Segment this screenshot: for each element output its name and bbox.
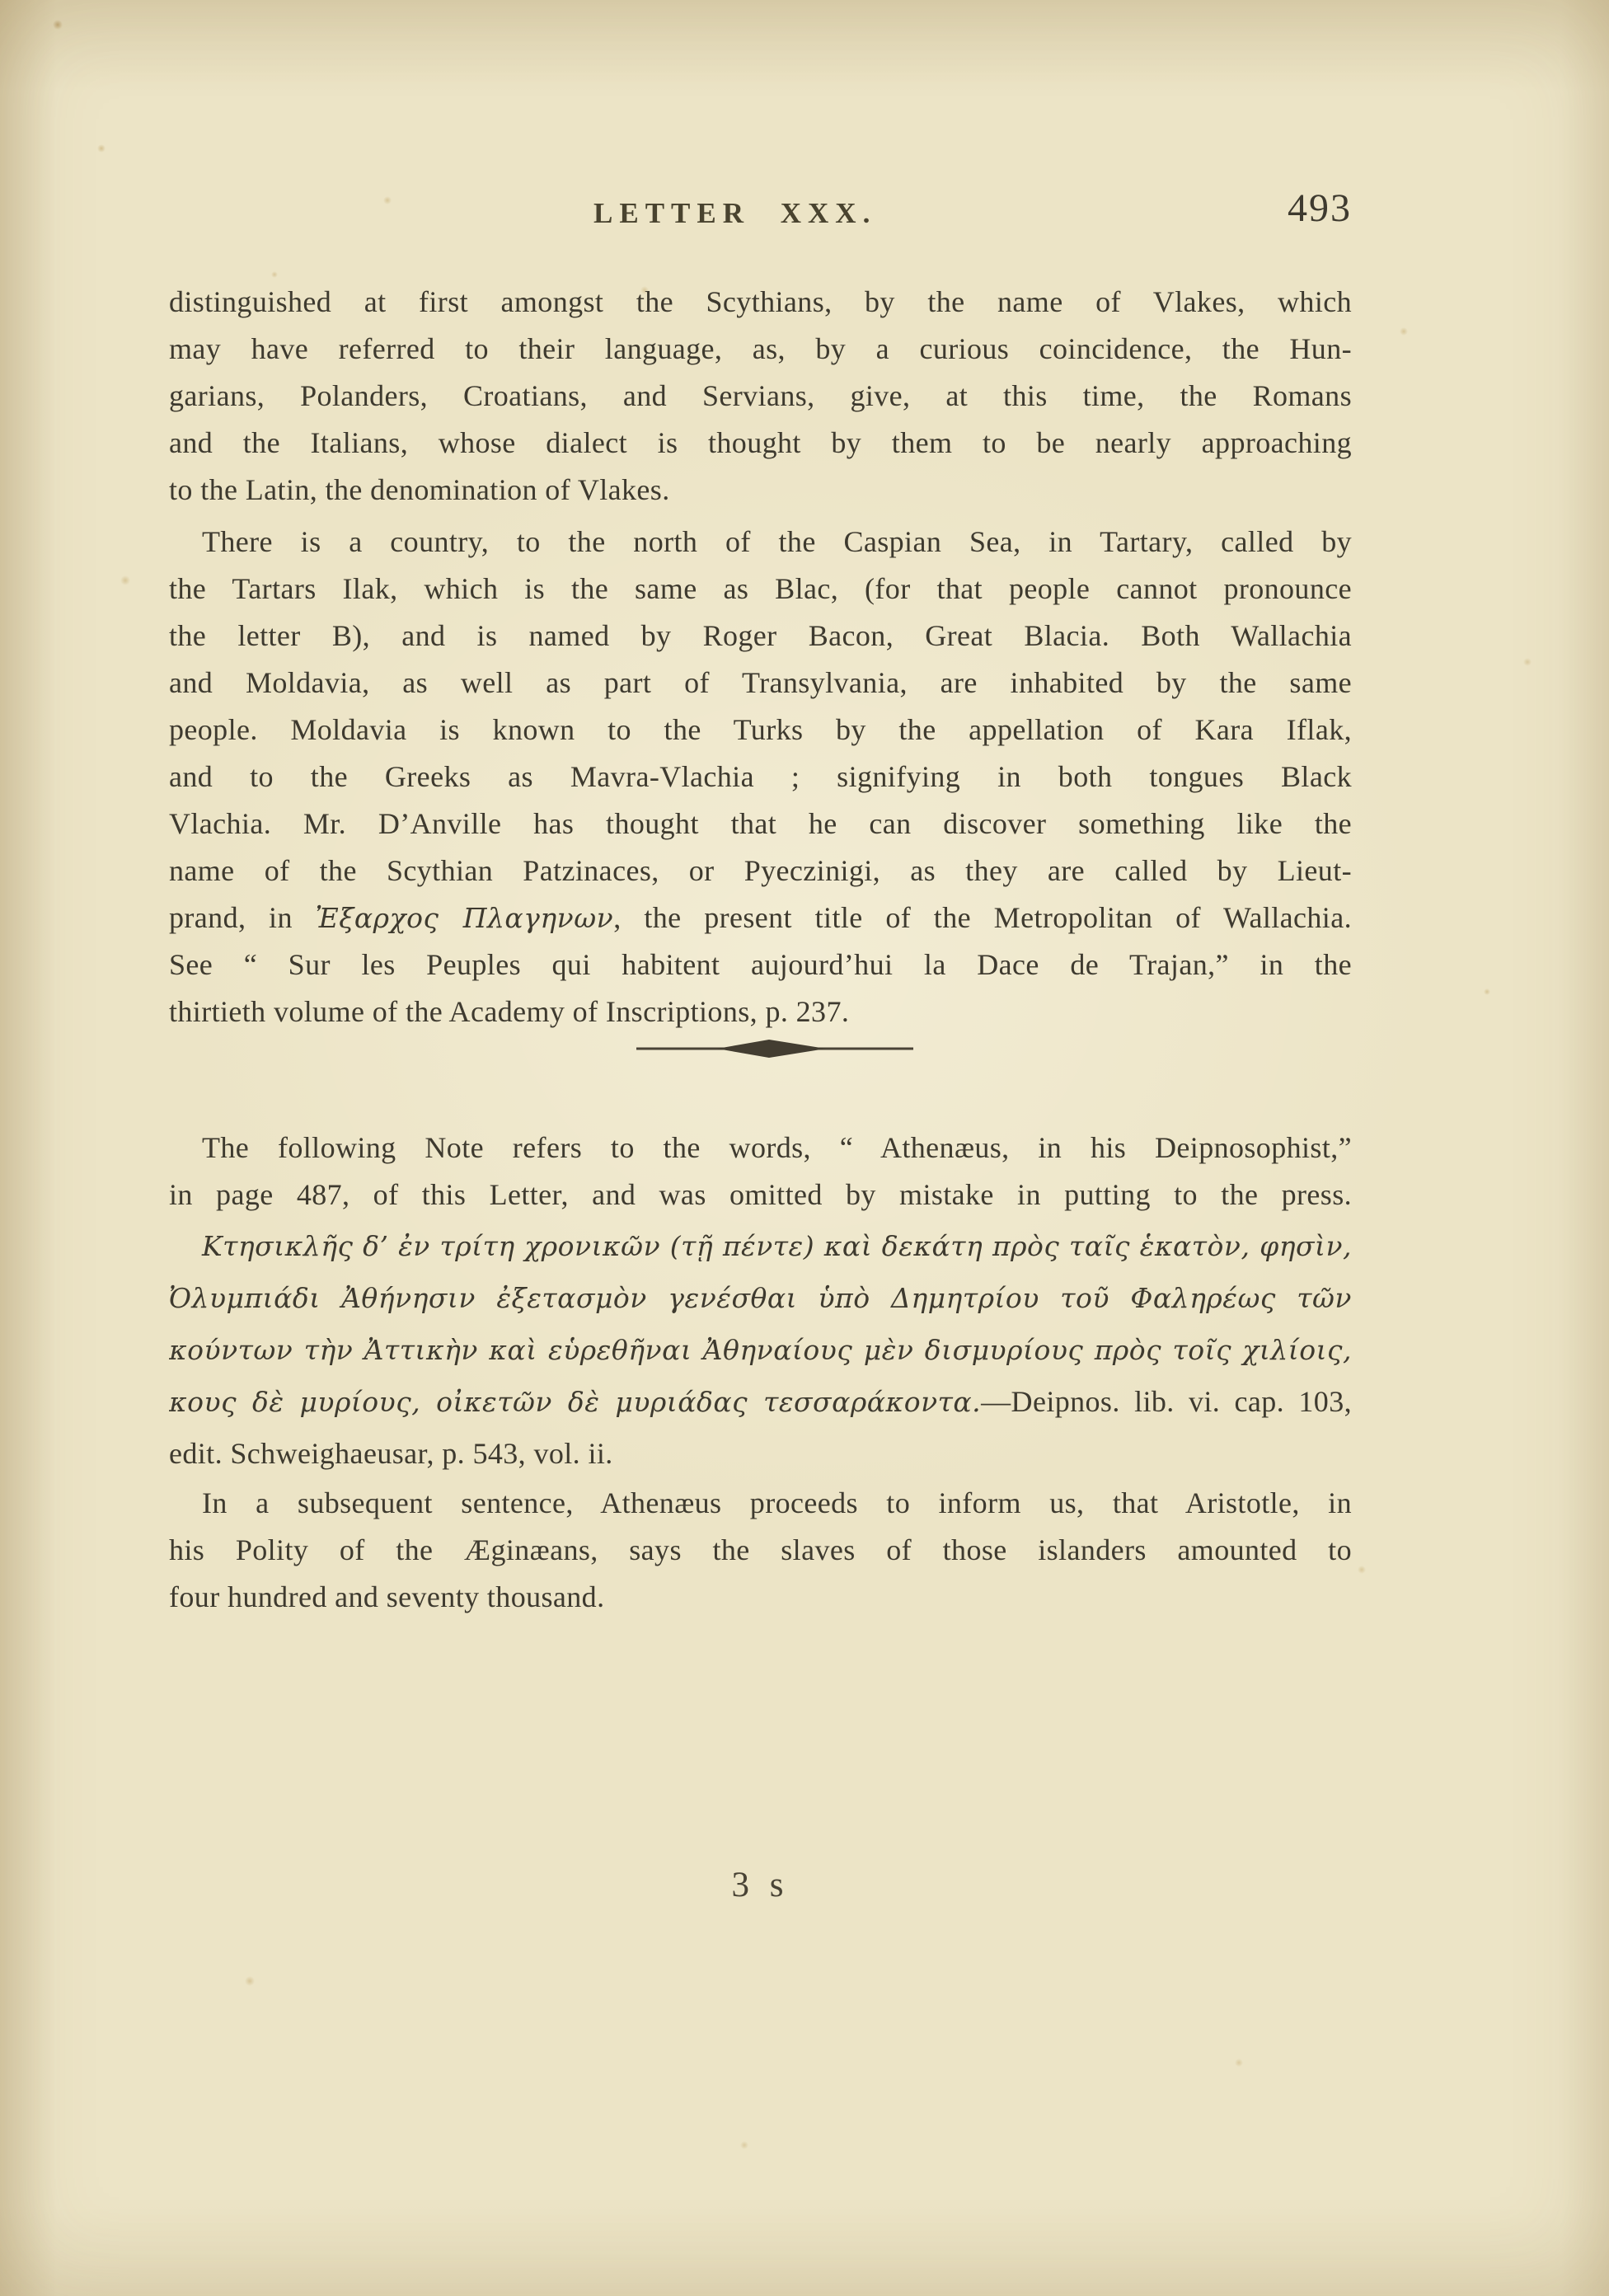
text-segment: —Deipnos. lib. vi. cap. 103, xyxy=(981,1385,1352,1418)
text-line: the letter B), and is named by Roger Bac… xyxy=(169,613,1352,660)
text-line: The following Note refers to the words, … xyxy=(169,1125,1352,1171)
text-line: to the Latin, the denomination of Vlakes… xyxy=(169,467,1352,514)
text-line: and Moldavia, as well as part of Transyl… xyxy=(169,660,1352,707)
paragraph-p1: distinguished at first amongst the Scyth… xyxy=(169,279,1352,514)
paragraph-p2: There is a country, to the north of the … xyxy=(169,519,1352,1035)
text-line: garians, Polanders, Croatians, and Servi… xyxy=(169,373,1352,420)
text-line: four hundred and seventy thousand. xyxy=(169,1574,1352,1621)
page-number: 493 xyxy=(1288,185,1352,231)
running-head: LETTER XXX. 493 xyxy=(169,192,1352,250)
text-line: in page 487, of this Letter, and was omi… xyxy=(169,1171,1352,1218)
text-line: and to the Greeks as Mavra-Vlachia ; sig… xyxy=(169,754,1352,801)
text-line: κους δὲ μυρίους, οἰκετῶν δὲ μυριάδας τεσ… xyxy=(169,1376,1352,1428)
text-line: thirtieth volume of the Academy of Inscr… xyxy=(169,988,1352,1035)
book-page-scan: LETTER XXX. 493 distinguished at first a… xyxy=(0,0,1609,2296)
text-segment: prand, in xyxy=(169,901,316,934)
text-line: See “ Sur les Peuples qui habitent aujou… xyxy=(169,941,1352,988)
text-line: Κτησικλῆς δ’ ἐν τρίτη χρονικῶν (τῇ πέντε… xyxy=(169,1220,1352,1272)
section-divider-rule xyxy=(635,1032,915,1065)
text-line: There is a country, to the north of the … xyxy=(169,519,1352,566)
greek-text-segment: κους δὲ μυρίους, οἰκετῶν δὲ μυριάδας τεσ… xyxy=(169,1386,981,1418)
text-line: the Tartars Ilak, which is the same as B… xyxy=(169,566,1352,613)
text-line: distinguished at first amongst the Scyth… xyxy=(169,279,1352,326)
printer-signature-mark: 3 s xyxy=(169,1865,1352,1905)
text-line: Ὀλυμπιάδι Ἀθήνησιν ἐξετασμὸν γενέσθαι ὑπ… xyxy=(169,1272,1352,1324)
paragraph-p3: The following Note refers to the words, … xyxy=(169,1125,1352,1218)
text-line: κούντων τὴν Ἀττικὴν καὶ εὑρεθῆναι Ἀθηναί… xyxy=(169,1324,1352,1376)
text-line: his Polity of the Æginæans, says the sla… xyxy=(169,1527,1352,1574)
text-body: distinguished at first amongst the Scyth… xyxy=(169,279,1352,1621)
page-title: LETTER XXX. xyxy=(593,197,876,230)
text-line: prand, in Ἐξαρχος Πλαγηνων, the present … xyxy=(169,894,1352,941)
text-line: people. Moldavia is known to the Turks b… xyxy=(169,707,1352,754)
text-line: and the Italians, whose dialect is thoug… xyxy=(169,420,1352,467)
greek-text-segment: Ἐξαρχος Πλαγηνων xyxy=(316,902,614,934)
text-line: edit. Schweighaeusar, p. 543, vol. ii. xyxy=(169,1428,1352,1480)
text-segment: , the present title of the Metropolitan … xyxy=(613,901,1352,934)
text-line: name of the Scythian Patzinaces, or Pyec… xyxy=(169,848,1352,894)
text-line: Vlachia. Mr. D’Anville has thought that … xyxy=(169,801,1352,848)
text-line: may have referred to their language, as,… xyxy=(169,326,1352,373)
paragraph-p4: In a subsequent sentence, Athenæus proce… xyxy=(169,1480,1352,1621)
text-line: In a subsequent sentence, Athenæus proce… xyxy=(169,1480,1352,1527)
paragraph-greek-note: Κτησικλῆς δ’ ἐν τρίτη χρονικῶν (τῇ πέντε… xyxy=(169,1220,1352,1480)
